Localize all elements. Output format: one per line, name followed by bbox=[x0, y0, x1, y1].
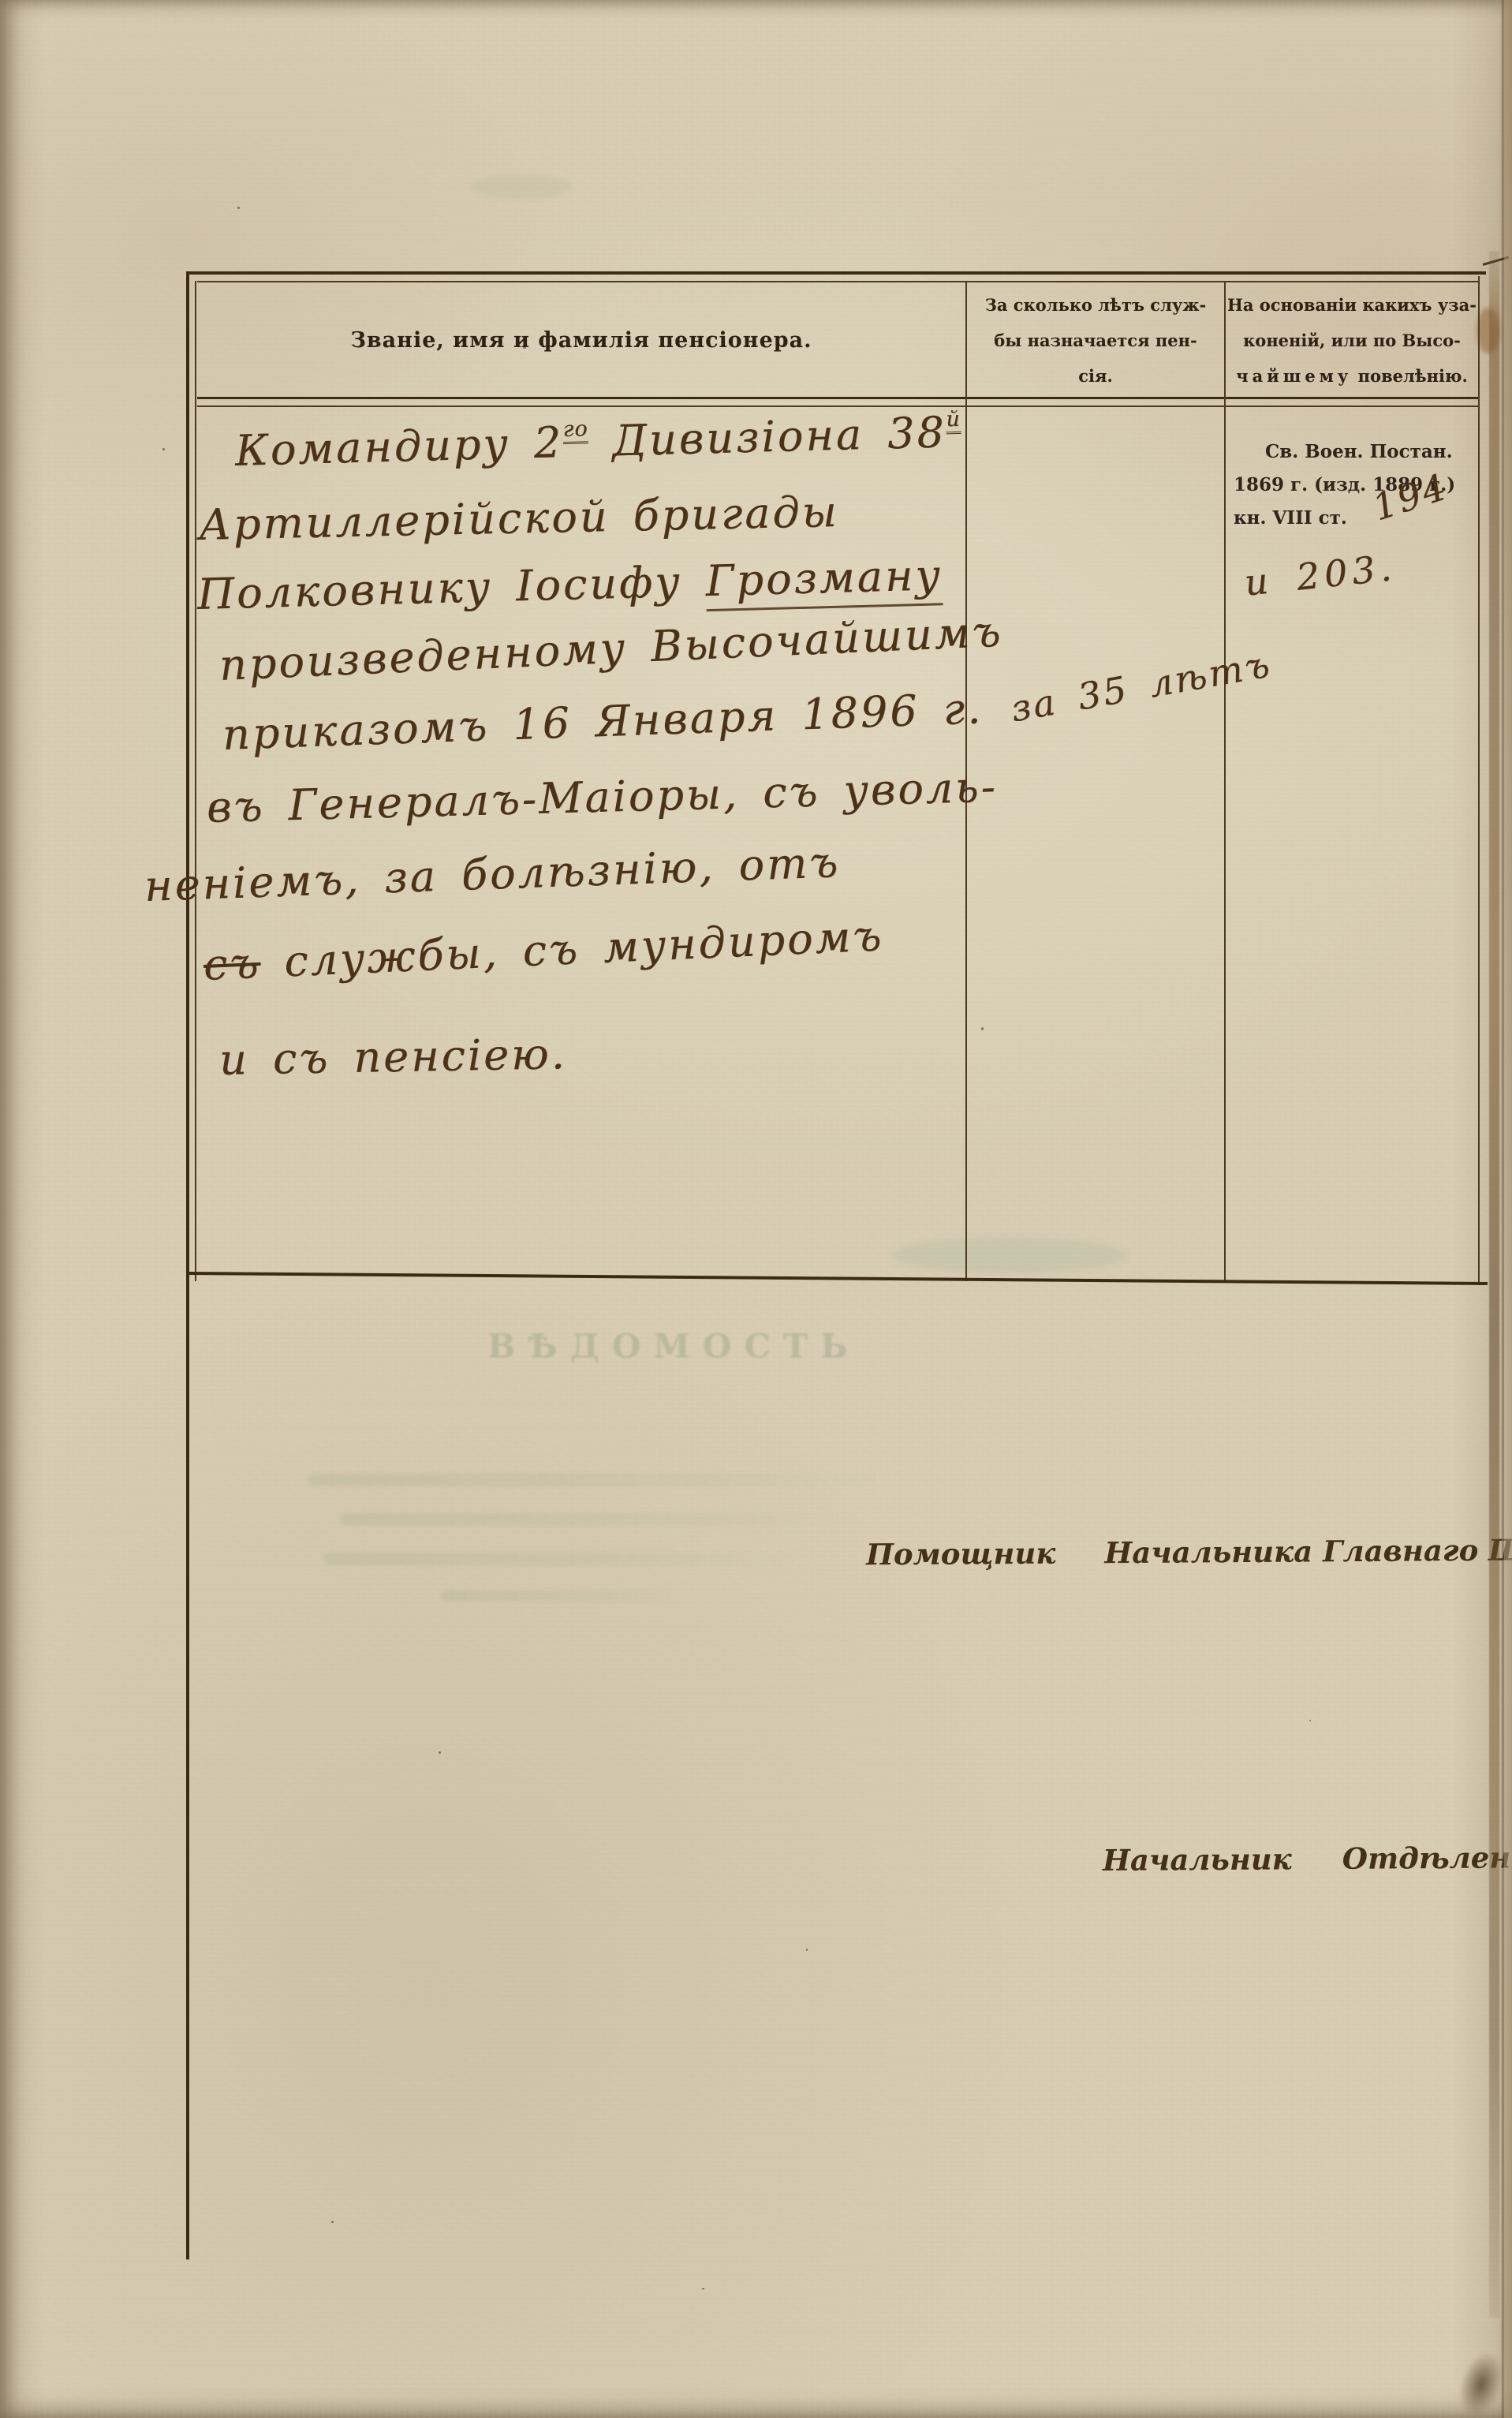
header-cell-pensioner: Званіе, имя и фамилія пенсіонера. bbox=[197, 284, 965, 397]
handwritten-line-7: неніемъ, за болѣзнію, отъ bbox=[144, 837, 841, 911]
table-header-separator-inner bbox=[197, 405, 1479, 407]
header-cell-legal-basis: На основаніи какихъ уза- коненій, или по… bbox=[1226, 284, 1478, 397]
handwritten-line-4: произведенному Высочайшимъ bbox=[218, 607, 1004, 690]
bleed-through-line bbox=[308, 1474, 891, 1486]
paper-speck bbox=[806, 1949, 808, 1951]
table-column-separator-2 bbox=[1224, 281, 1226, 1281]
glue-stain bbox=[1477, 308, 1500, 353]
bleed-through-line bbox=[442, 1590, 678, 1601]
handwritten-line-6: въ Генералъ-Маіоры, съ уволь- bbox=[206, 762, 998, 832]
handwritten-surname-underlined: Грозману bbox=[705, 550, 943, 611]
header-service-line: За сколько лѣтъ служ- bbox=[985, 287, 1207, 323]
table-border-top-inner bbox=[197, 281, 1479, 282]
bleed-through-smudge bbox=[891, 1237, 1128, 1273]
header-legal-emphasized: чайшему bbox=[1236, 366, 1352, 386]
legal-basis-line: Св. Воен. Постан. bbox=[1234, 435, 1470, 469]
handwritten-superscript: й bbox=[946, 407, 961, 434]
header-legal-line: На основаніи какихъ уза- bbox=[1227, 287, 1477, 323]
table-border-left-inner bbox=[195, 281, 196, 1281]
paper-speck bbox=[162, 448, 165, 450]
signature-role-word: Отдѣленія, bbox=[1342, 1840, 1512, 1876]
paper-speck bbox=[981, 1027, 984, 1030]
table-header-separator bbox=[197, 397, 1479, 399]
table-border-top bbox=[186, 271, 1486, 275]
handwritten-line-2: Артиллерійской бригады bbox=[198, 487, 839, 550]
bleed-through-line bbox=[339, 1513, 844, 1526]
header-cell-service-years: За сколько лѣтъ служ- бы назначается пен… bbox=[967, 284, 1224, 397]
scanned-document-page: ВѢДОМОСТЬ Званіе, имя и фамилія пенсіоне… bbox=[0, 0, 1512, 2418]
bleed-through-line bbox=[323, 1553, 797, 1565]
binding-tuft bbox=[1451, 2346, 1511, 2418]
paper-speck bbox=[702, 2288, 704, 2289]
header-legal-line: чайшему повелѣнію. bbox=[1236, 358, 1468, 394]
handwritten-text: Дивизіона 38 bbox=[588, 407, 946, 466]
handwritten-line-1: Командиру 2го Дивизіона 38й bbox=[234, 407, 961, 476]
signature-role-section-chief: Начальник Отдѣленія, bbox=[1103, 1840, 1512, 1878]
table-border-bottom bbox=[186, 1272, 1488, 1285]
table-border-right bbox=[1478, 276, 1480, 1282]
header-legal-rest: повелѣнію. bbox=[1352, 366, 1467, 386]
bleed-through-smudge bbox=[470, 175, 573, 199]
binding-strip bbox=[1489, 251, 1499, 2318]
handwritten-service-years: за 35 лѣтъ bbox=[1007, 642, 1275, 730]
header-service-line: бы назначается пен- bbox=[994, 323, 1197, 358]
header-service-line: сія. bbox=[1078, 358, 1113, 394]
header-pensioner-label: Званіе, имя и фамилія пенсіонера. bbox=[350, 328, 812, 353]
handwritten-article-number-2: и 203. bbox=[1242, 546, 1398, 604]
header-legal-line: коненій, или по Высо- bbox=[1243, 323, 1461, 358]
handwritten-struck-word: съ bbox=[203, 938, 262, 990]
paper-speck bbox=[1309, 1720, 1311, 1721]
paper-speck bbox=[439, 1751, 441, 1754]
handwritten-line-5: приказомъ 16 Января 1896 г. bbox=[222, 683, 984, 760]
table-border-top-kink bbox=[1483, 256, 1510, 266]
paper-speck bbox=[331, 2221, 334, 2223]
signature-role-word: Начальник bbox=[1103, 1841, 1292, 1878]
handwritten-text: Командиру 2 bbox=[234, 417, 564, 476]
signature-role-assistant-chief: Помощник Начальника Главнаго Штаба, bbox=[866, 1532, 1512, 1572]
bleed-through-title: ВѢДОМОСТЬ bbox=[487, 1327, 861, 1366]
handwritten-line-3: Полковнику Іосифу Грозману bbox=[196, 550, 943, 619]
handwritten-line-9: и съ пенсіею. bbox=[218, 1029, 567, 1085]
handwritten-line-8: съ службы, съ мундиромъ bbox=[203, 910, 885, 990]
signature-role-word: Помощник bbox=[866, 1536, 1056, 1572]
handwritten-superscript: го bbox=[562, 417, 588, 444]
page-outer-edge bbox=[1504, 0, 1512, 2418]
signature-role-word: Начальника Главнаго Штаба, bbox=[1104, 1532, 1512, 1571]
page-fold-line bbox=[1502, 0, 1504, 2418]
paper-speck bbox=[237, 207, 240, 209]
handwritten-text: Полковнику Іосифу bbox=[196, 556, 706, 619]
table-border-left bbox=[186, 271, 189, 2259]
handwritten-text: службы, съ мундиромъ bbox=[259, 910, 885, 987]
